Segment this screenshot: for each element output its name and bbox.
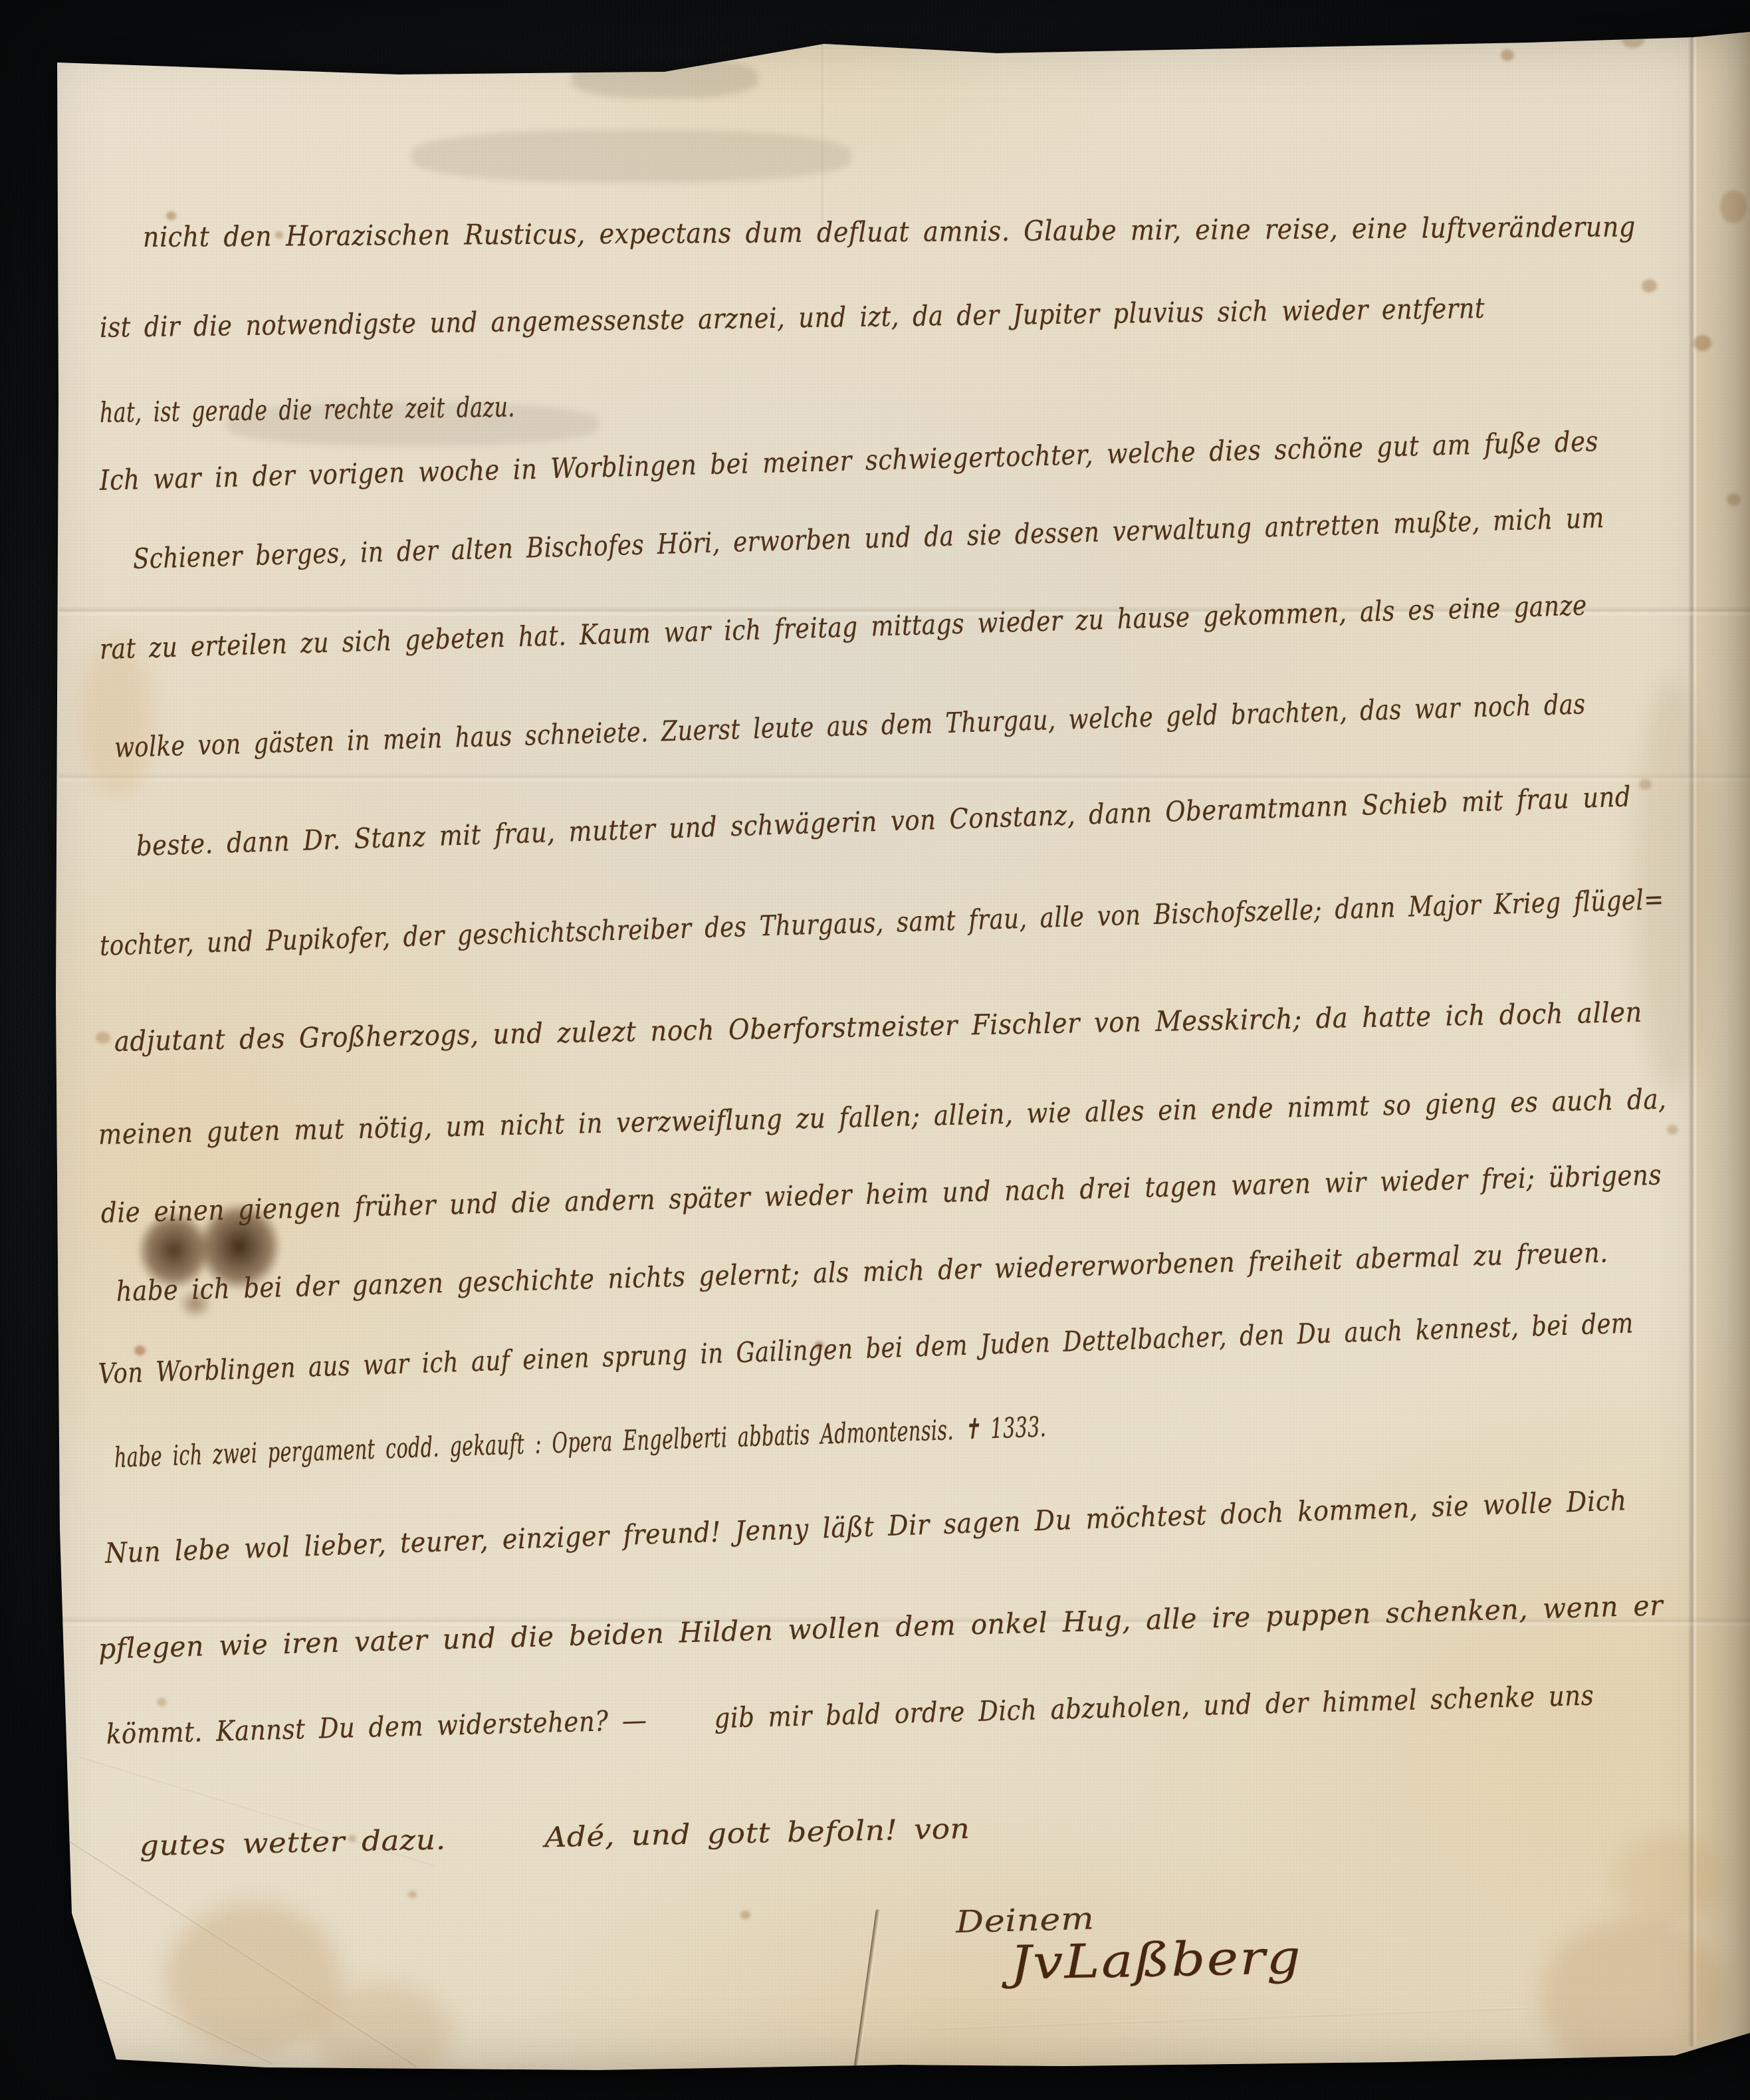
- foxing-spot: [157, 1698, 167, 1706]
- handwriting-line: ist dir die notwendigste und angemessens…: [100, 289, 1689, 344]
- handwriting-line: meinen guten mut nötig, um nicht in verz…: [98, 1078, 1750, 1151]
- handwriting-line: nicht den Horazischen Rusticus, expectan…: [143, 209, 1750, 254]
- handwriting-line: pflegen wie iren vater und die beiden Hi…: [98, 1587, 1708, 1666]
- handwriting-line: adjutant des Großherzogs, und zulezt noc…: [114, 993, 1750, 1058]
- letter-sheet: nicht den Horazischen Rusticus, expectan…: [0, 0, 1750, 2100]
- foxing-spot: [408, 1891, 417, 1899]
- handwriting-line: wolke von gästen in mein haus schneiete.…: [114, 679, 1750, 764]
- foxing-spot: [1622, 31, 1644, 48]
- fold-crease-horizontal: [58, 772, 1750, 783]
- foxing-spot: [96, 1032, 110, 1044]
- bleedthrough-mark: [572, 58, 758, 98]
- paper-tear: [853, 1909, 881, 2069]
- adjacent-page-edge: [1696, 32, 1750, 2040]
- foxing-spot: [740, 1911, 750, 1919]
- stain: [166, 1903, 340, 2054]
- handwriting-line: beste. dann Dr. Stanz mit frau, mutter u…: [136, 773, 1750, 863]
- handwriting-line: hat, ist gerade die rechte zeit dazu.: [100, 388, 654, 429]
- stain: [1541, 1919, 1727, 2077]
- foxing-spot: [166, 211, 176, 220]
- handwriting-line: gutes wetter dazu. Adé, und gott befoln!…: [139, 1813, 909, 1863]
- paper-crease: [821, 44, 825, 243]
- handwriting-line: kömmt. Kannst Du dem widerstehen? — gib …: [106, 1674, 1750, 1751]
- handwriting-line: Ich war in der vorigen woche in Worbling…: [99, 419, 1750, 497]
- handwriting-line: die einen giengen früher und die andern …: [100, 1153, 1750, 1230]
- handwriting-line: Von Worblingen aus war ich auf einen spr…: [98, 1296, 1750, 1391]
- valediction: Deinem: [955, 1902, 1077, 1938]
- ink-blot: [178, 1288, 213, 1319]
- handwriting-line: habe ich zwei pergament codd. gekauft : …: [114, 1396, 1485, 1474]
- signature: JvLaßberg: [1010, 1941, 1266, 1980]
- foxing-spot: [134, 1345, 146, 1355]
- foxing-spot: [1694, 335, 1711, 351]
- foxing-spot: [763, 32, 780, 47]
- letter-sheet-wrapper: nicht den Horazischen Rusticus, expectan…: [0, 0, 1750, 2100]
- paper-crease: [60, 1833, 418, 2067]
- stain: [311, 1982, 452, 2082]
- paper-crease: [62, 1960, 273, 2064]
- fold-crease-vertical: [1688, 32, 1697, 2046]
- handwriting-line: tochter, und Pupikofer, der geschichtsch…: [99, 874, 1750, 963]
- bleedthrough-mark: [412, 130, 851, 182]
- handwriting-line: rat zu erteilen zu sich gebeten hat. Kau…: [99, 581, 1750, 666]
- handwriting-line: habe ich bei der ganzen geschichte nicht…: [116, 1230, 1750, 1308]
- letter-scan-photo: { "scene": { "background_color": "#14161…: [0, 0, 1750, 2100]
- handwriting-line: Nun lebe wol lieber, teurer, einziger fr…: [104, 1478, 1750, 1570]
- paper-crease: [930, 2007, 1529, 2030]
- foxing-spot: [1501, 49, 1514, 61]
- ink-blot: [197, 1202, 282, 1291]
- stain: [1614, 1832, 1720, 1925]
- foxing-spot: [1667, 1125, 1678, 1135]
- handwriting-line: Schiener berges, in der alten Bischofes …: [132, 494, 1750, 576]
